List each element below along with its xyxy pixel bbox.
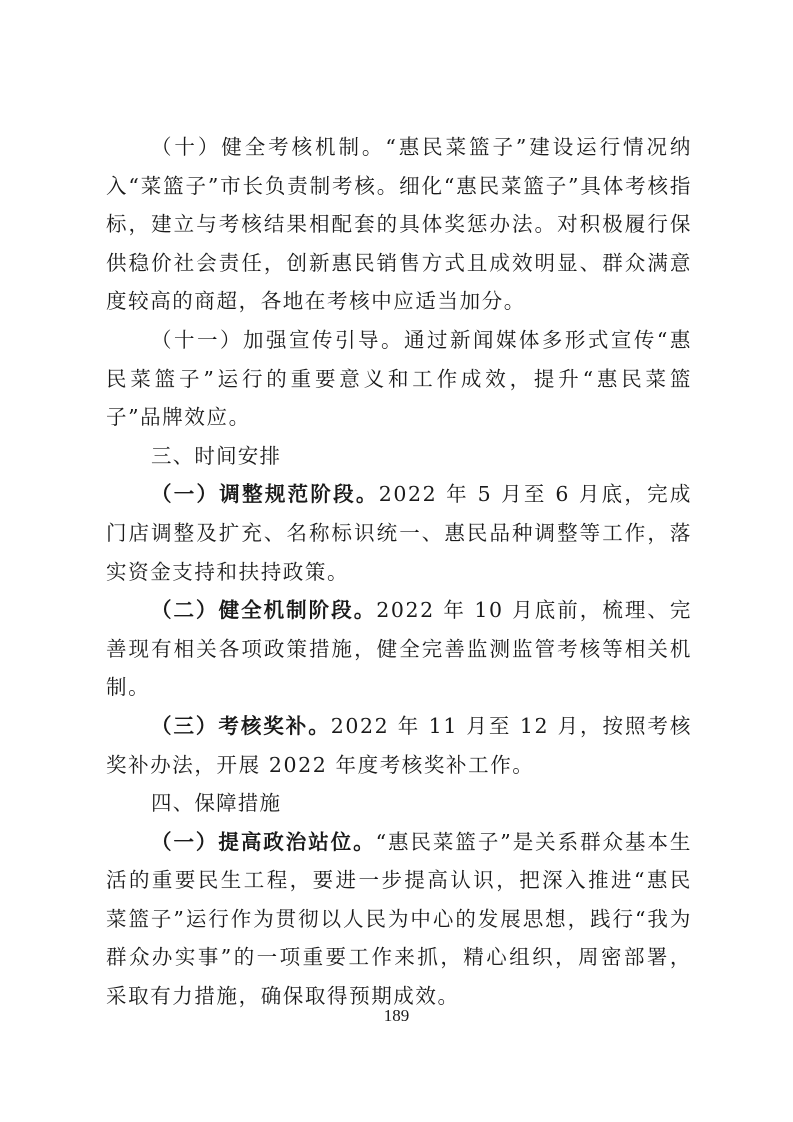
paragraph-lead: （二）健全机制阶段。 [151, 598, 376, 622]
section-heading-safeguards: 四、保障措施 [106, 784, 692, 823]
document-page: （十）健全考核机制。“惠民菜篮子”建设运行情况纳入“菜篮子”市长负责制考核。细化… [106, 128, 692, 1016]
section-heading-schedule: 三、时间安排 [106, 437, 692, 476]
paragraph-lead: （三）考核奖补。 [151, 714, 331, 738]
paragraph-political-standing: （一）提高政治站位。“惠民菜篮子”是关系群众基本生活的重要民生工程，要进一步提高… [106, 823, 692, 1016]
paragraph-text: “惠民菜篮子”是关系群众基本生活的重要民生工程，要进一步提高认识，把深入推进“惠… [106, 830, 692, 1008]
paragraph-lead: （一）调整规范阶段。 [151, 482, 379, 506]
paragraph-assessment-mechanism: （十）健全考核机制。“惠民菜篮子”建设运行情况纳入“菜篮子”市长负责制考核。细化… [106, 128, 692, 321]
paragraph-text: （十一）加强宣传引导。通过新闻媒体多形式宣传“惠民菜篮子”运行的重要意义和工作成… [106, 328, 692, 429]
paragraph-publicity: （十一）加强宣传引导。通过新闻媒体多形式宣传“惠民菜篮子”运行的重要意义和工作成… [106, 321, 692, 437]
paragraph-assessment-reward: （三）考核奖补。2022 年 11 月至 12 月，按照考核奖补办法，开展 20… [106, 707, 692, 784]
paragraph-mechanism-phase: （二）健全机制阶段。2022 年 10 月底前，梳理、完善现有相关各项政策措施，… [106, 591, 692, 707]
paragraph-lead: （一）提高政治站位。 [151, 830, 376, 854]
paragraph-adjustment-phase: （一）调整规范阶段。2022 年 5 月至 6 月底，完成门店调整及扩充、名称标… [106, 475, 692, 591]
page-number: 189 [0, 1006, 793, 1026]
paragraph-text: （十）健全考核机制。“惠民菜篮子”建设运行情况纳入“菜篮子”市长负责制考核。细化… [106, 135, 692, 313]
